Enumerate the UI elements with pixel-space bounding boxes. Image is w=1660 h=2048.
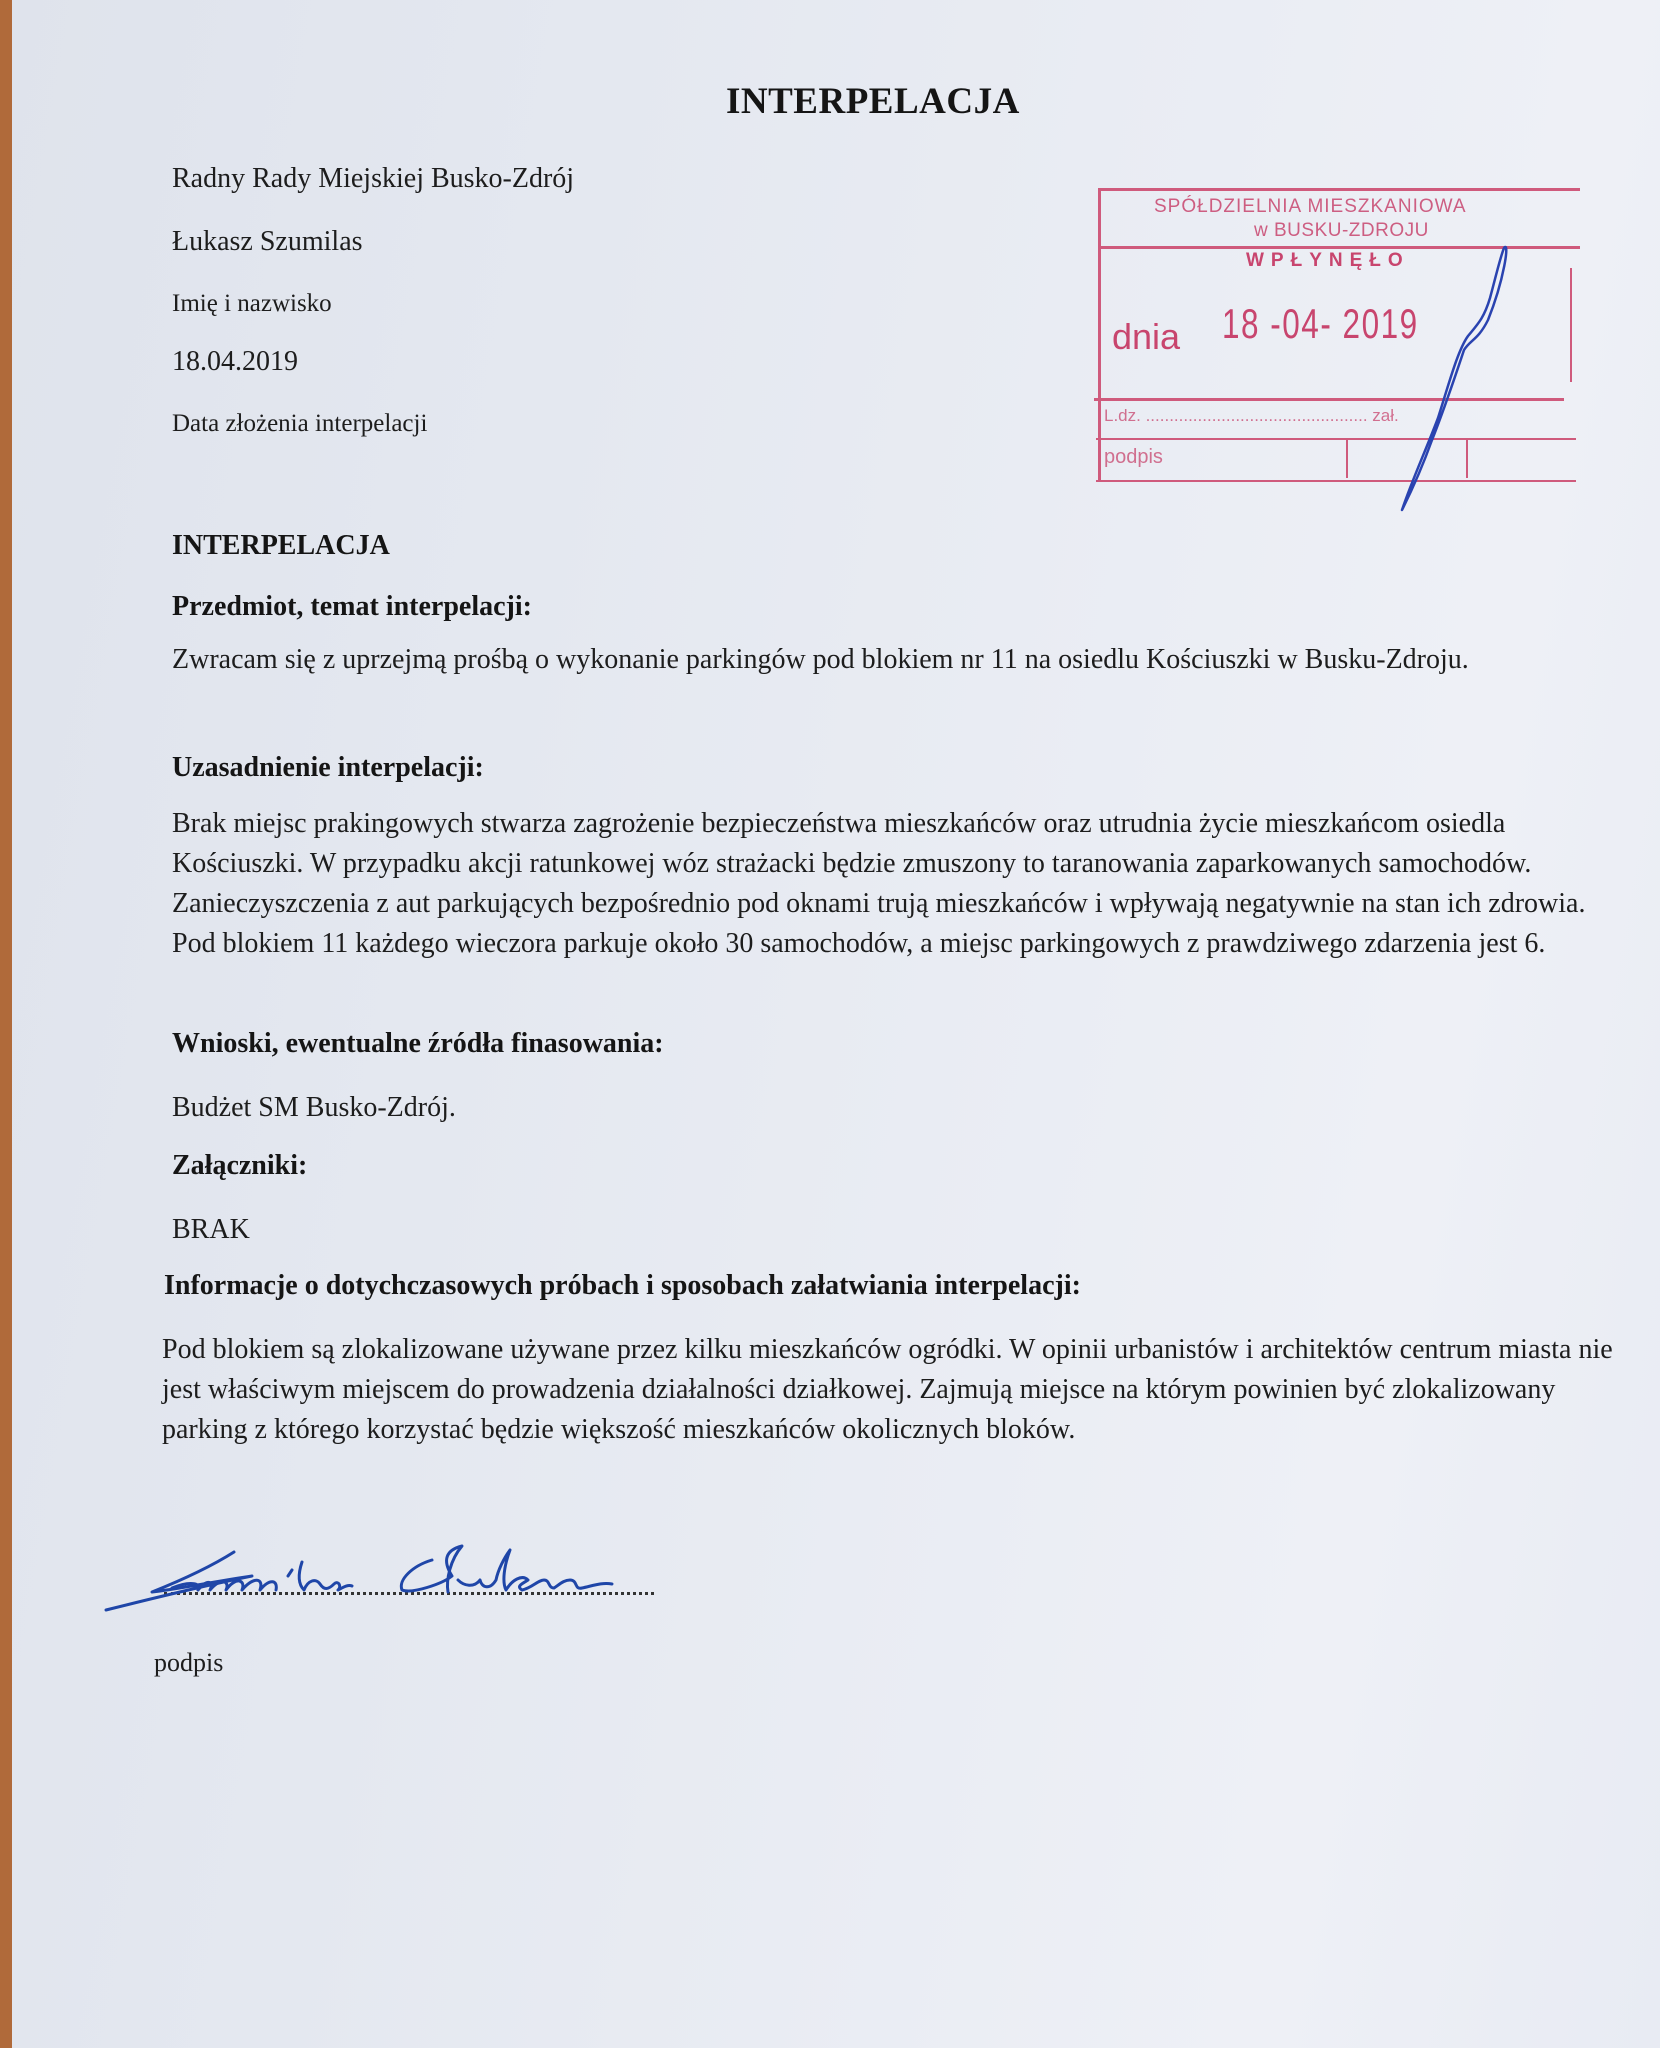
author-name-label: Imię i nazwisko (172, 290, 332, 318)
stamp-date-label: dnia (1112, 316, 1180, 358)
stamp-signature-label: podpis (1104, 446, 1163, 469)
submission-date: 18.04.2019 (172, 346, 298, 378)
subject-heading: Przedmiot, temat interpelacji: (172, 591, 532, 623)
author-name: Łukasz Szumilas (172, 226, 363, 258)
funding-text: Budżet SM Busko-Zdrój. (172, 1088, 1612, 1128)
signature-label: podpis (154, 1648, 223, 1678)
prior-attempts-text: Pod blokiem są zlokalizowane używane prz… (162, 1330, 1632, 1450)
document-title: INTERPELACJA (726, 80, 1020, 123)
attachments-text: BRAK (172, 1210, 1612, 1250)
prior-attempts-heading: Informacje o dotychczasowych próbach i s… (164, 1270, 1081, 1302)
justification-text: Brak miejsc prakingowych stwarza zagroże… (172, 804, 1612, 964)
funding-heading: Wnioski, ewentualne źródła finasowania: (172, 1028, 664, 1060)
submission-date-label: Data złożenia interpelacji (172, 410, 427, 438)
stamp-ldz: L.dz. ..................................… (1104, 406, 1399, 426)
stamp-date: 18 -04- 2019 (1222, 300, 1419, 348)
handwritten-signature (102, 1540, 722, 1630)
subject-text: Zwracam się z uprzejmą prośbą o wykonani… (172, 640, 1612, 680)
stamp-status: WPŁYNĘŁO (1246, 250, 1410, 272)
justification-heading: Uzasadnienie interpelacji: (172, 752, 484, 784)
stamp-org-line1: SPÓŁDZIELNIA MIESZKANIOWA (1154, 196, 1467, 218)
section-title: INTERPELACJA (172, 530, 390, 562)
document-page: INTERPELACJA Radny Rady Miejskiej Busko-… (12, 0, 1660, 2048)
author-role: Radny Rady Miejskiej Busko-Zdrój (172, 163, 574, 195)
stamp-initials-signature (1392, 240, 1552, 520)
stamp-org-line2: w BUSKU-ZDROJU (1254, 220, 1429, 242)
attachments-heading: Załączniki: (172, 1150, 307, 1182)
